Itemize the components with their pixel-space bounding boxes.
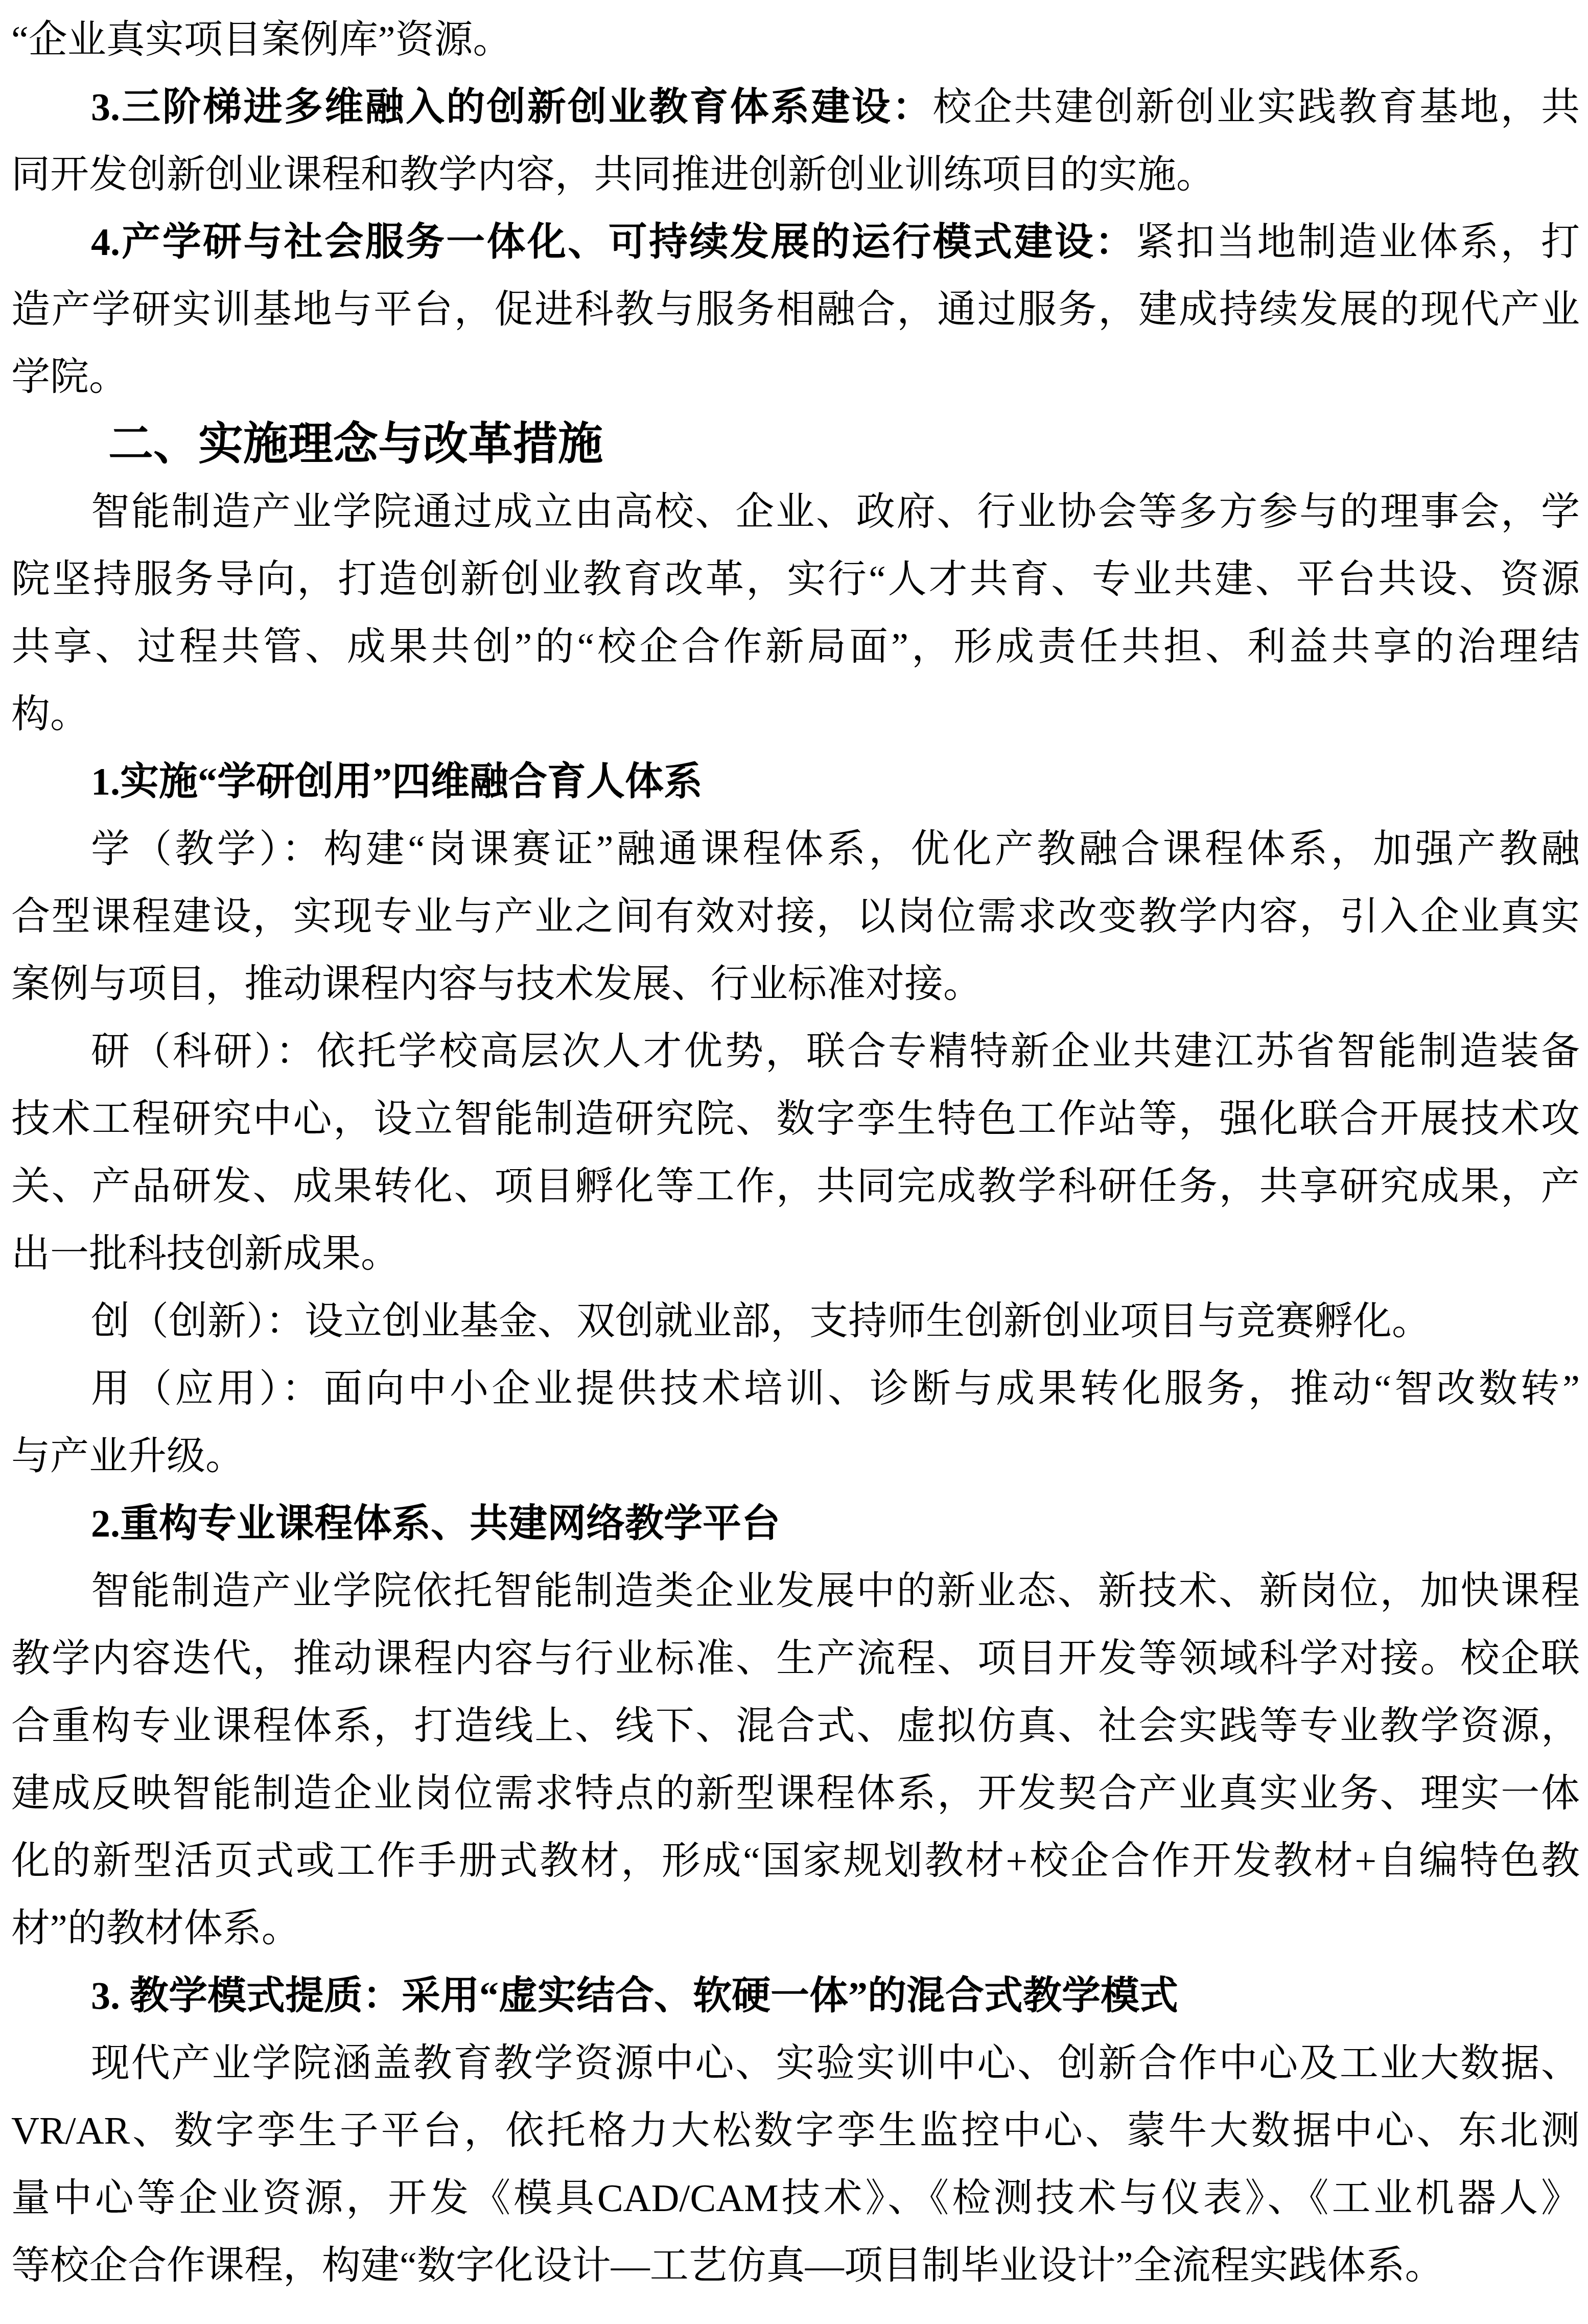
subsection-heading: 1.实施“学研创用”四维融合育人体系 bbox=[11, 748, 1580, 816]
paragraph-line: 智能制造产业学院通过成立由高校、企业、政府、行业协会等多方参与的理事会，学 bbox=[11, 478, 1580, 546]
paragraph-line: 与产业升级。 bbox=[11, 1423, 1580, 1490]
paragraph-line: 共享、过程共管、成果共创”的“校企合作新局面”，形成责任共担、利益共享的治理结 bbox=[11, 613, 1580, 681]
paragraph-line: 教学内容迭代，推动课程内容与行业标准、生产流程、项目开发等领域科学对接。校企联 bbox=[11, 1625, 1580, 1692]
paragraph-line: 学（教学）：构建“岗课赛证”融通课程体系，优化产教融合课程体系，加强产教融 bbox=[11, 816, 1580, 883]
paragraph-line: 用（应用）：面向中小企业提供技术培训、诊断与成果转化服务，推动“智改数转” bbox=[11, 1355, 1580, 1423]
paragraph-line: 构。 bbox=[11, 681, 1580, 748]
paragraph-line: 造产学研实训基地与平台，促进科教与服务相融合，通过服务，建成持续发展的现代产业 bbox=[11, 276, 1580, 343]
section-heading: 二、实施理念与改革措施 bbox=[11, 411, 1580, 478]
paragraph-line: 等校企合作课程，构建“数字化设计—工艺仿真—项目制毕业设计”全流程实践体系。 bbox=[11, 2232, 1580, 2299]
paragraph-line: “企业真实项目案例库”资源。 bbox=[11, 6, 1580, 74]
list-item-title: 4.产学研与社会服务一体化、可持续发展的运行模式建设： bbox=[91, 221, 1135, 264]
paragraph-line: 院坚持服务导向，打造创新创业教育改革，实行“人才共育、专业共建、平台共设、资源 bbox=[11, 546, 1580, 613]
paragraph-line: VR/AR、数字孪生子平台，依托格力大松数字孪生监控中心、蒙牛大数据中心、东北测 bbox=[11, 2097, 1580, 2165]
paragraph-line: 量中心等企业资源，开发《模具CAD/CAM技术》、《检测技术与仪表》、《工业机器… bbox=[11, 2165, 1580, 2232]
paragraph-line: 智能制造产业学院依托智能制造类企业发展中的新业态、新技术、新岗位，加快课程 bbox=[11, 1558, 1580, 1625]
document-page: “企业真实项目案例库”资源。 3.三阶梯进多维融入的创新创业教育体系建设：校企共… bbox=[11, 6, 1580, 2299]
paragraph-line: 出一批科技创新成果。 bbox=[11, 1220, 1580, 1288]
list-item-4-line: 4.产学研与社会服务一体化、可持续发展的运行模式建设：紧扣当地制造业体系，打 bbox=[11, 208, 1580, 276]
list-item-text: 紧扣当地制造业体系，打 bbox=[1135, 221, 1580, 264]
paragraph-line: 创（创新）：设立创业基金、双创就业部，支持师生创新创业项目与竞赛孵化。 bbox=[11, 1288, 1580, 1355]
subsection-heading: 3. 教学模式提质：采用“虚实结合、软硬一体”的混合式教学模式 bbox=[11, 1962, 1580, 2030]
paragraph-line: 案例与项目，推动课程内容与技术发展、行业标准对接。 bbox=[11, 950, 1580, 1018]
paragraph-line: 研（科研）：依托学校高层次人才优势，联合专精特新企业共建江苏省智能制造装备 bbox=[11, 1018, 1580, 1085]
list-item-text: 校企共建创新创业实践教育基地，共 bbox=[933, 86, 1580, 129]
paragraph-line: 合重构专业课程体系，打造线上、线下、混合式、虚拟仿真、社会实践等专业教学资源， bbox=[11, 1692, 1580, 1760]
paragraph-line: 同开发创新创业课程和教学内容，共同推进创新创业训练项目的实施。 bbox=[11, 141, 1580, 208]
list-item-3-line: 3.三阶梯进多维融入的创新创业教育体系建设：校企共建创新创业实践教育基地，共 bbox=[11, 74, 1580, 141]
paragraph-line: 技术工程研究中心，设立智能制造研究院、数字孪生特色工作站等，强化联合开展技术攻 bbox=[11, 1085, 1580, 1153]
paragraph-line: 关、产品研发、成果转化、项目孵化等工作，共同完成教学科研任务，共享研究成果，产 bbox=[11, 1153, 1580, 1220]
paragraph-line: 现代产业学院涵盖教育教学资源中心、实验实训中心、创新合作中心及工业大数据、 bbox=[11, 2030, 1580, 2097]
subsection-heading: 2.重构专业课程体系、共建网络教学平台 bbox=[11, 1490, 1580, 1558]
paragraph-line: 化的新型活页式或工作手册式教材，形成“国家规划教材+校企合作开发教材+自编特色教 bbox=[11, 1827, 1580, 1895]
list-item-title: 3.三阶梯进多维融入的创新创业教育体系建设： bbox=[91, 86, 933, 129]
paragraph-line: 学院。 bbox=[11, 343, 1580, 411]
paragraph-line: 材”的教材体系。 bbox=[11, 1895, 1580, 1962]
paragraph-line: 合型课程建设，实现专业与产业之间有效对接，以岗位需求改变教学内容，引入企业真实 bbox=[11, 883, 1580, 950]
paragraph-line: 建成反映智能制造企业岗位需求特点的新型课程体系，开发契合产业真实业务、理实一体 bbox=[11, 1760, 1580, 1827]
